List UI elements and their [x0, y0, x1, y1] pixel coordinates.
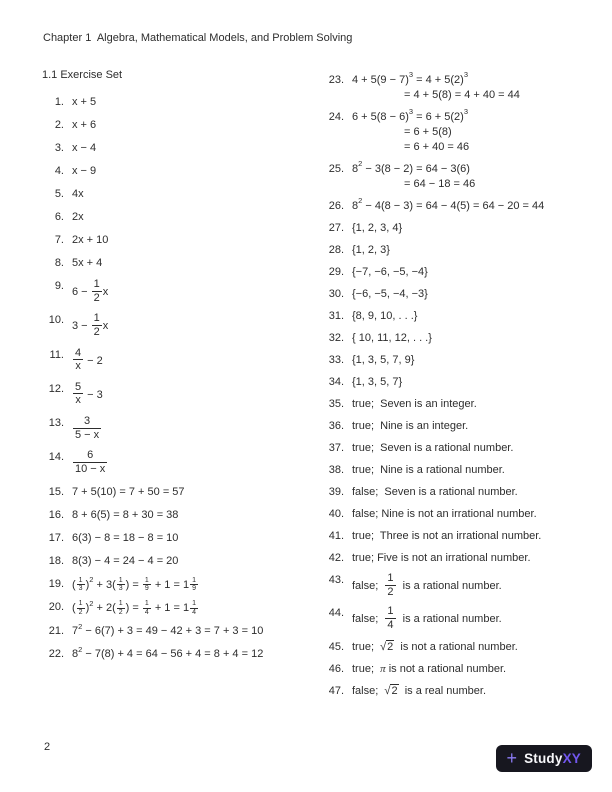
numerator: 3: [73, 415, 101, 429]
exercise-item: 15.7 + 5(10) = 7 + 50 = 57: [42, 485, 310, 500]
math-text: x − 9: [72, 165, 96, 177]
math-text: 3 −: [72, 320, 91, 332]
item-number: 22.: [42, 647, 64, 662]
math-line-continuation: = 6 + 40 = 46: [352, 140, 469, 155]
page-number: 2: [44, 741, 50, 753]
exercise-item: 2.x + 6: [42, 118, 310, 133]
item-content: 7 + 5(10) = 7 + 50 = 57: [72, 485, 185, 500]
item-number: 28.: [322, 243, 344, 258]
item-number: 18.: [42, 554, 64, 569]
exercise-item: 47.false; √2 is a real number.: [322, 684, 602, 699]
math-line: false; √2 is a real number.: [352, 684, 486, 699]
fraction: 13: [77, 577, 85, 593]
item-number: 32.: [322, 331, 344, 346]
exercise-item: 6.2x: [42, 210, 310, 225]
math-text: is a rational number.: [397, 580, 502, 592]
item-number: 7.: [42, 233, 64, 248]
item-number: 21.: [42, 624, 64, 639]
item-content: false; 12 is a rational number.: [352, 573, 502, 599]
math-text: = 4 + 5(8) = 4 + 40 = 44: [404, 89, 520, 101]
item-content: 6 + 5(8 − 6)3 = 6 + 5(2)3= 6 + 5(8)= 6 +…: [352, 110, 469, 155]
exercise-item: 44.false; 14 is a rational number.: [322, 606, 602, 632]
math-text: {1, 2, 3, 4}: [352, 222, 402, 234]
denominator: 4: [143, 609, 151, 616]
item-content: {8, 9, 10, . . .}: [352, 309, 417, 324]
math-line: false; 12 is a rational number.: [352, 573, 502, 599]
denominator: 2: [92, 292, 102, 305]
item-content: true; Nine is an integer.: [352, 419, 468, 434]
math-line: x − 9: [72, 164, 96, 179]
math-text: − 6(7) + 3 = 49 − 42 + 3 = 7 + 3 = 10: [82, 625, 263, 637]
math-line: true; Seven is a rational number.: [352, 441, 513, 456]
math-text: ) =: [126, 602, 142, 614]
numerator: 1: [385, 605, 395, 619]
math-line: 8 + 6(5) = 8 + 30 = 38: [72, 508, 178, 523]
exponent: 3: [464, 107, 468, 116]
item-number: 27.: [322, 221, 344, 236]
item-content: 82 − 7(8) + 4 = 64 − 56 + 4 = 8 + 4 = 12: [72, 647, 263, 662]
logo-text-study: Study: [524, 751, 563, 766]
exponent: 2: [89, 599, 93, 608]
math-text: is a real number.: [399, 685, 486, 697]
item-number: 26.: [322, 199, 344, 214]
item-content: true; Seven is a rational number.: [352, 441, 513, 456]
exercise-item: 35.true; Seven is an integer.: [322, 397, 602, 412]
math-line: 6(3) − 8 = 18 − 8 = 10: [72, 531, 178, 546]
math-line: {8, 9, 10, . . .}: [352, 309, 417, 324]
item-number: 19.: [42, 577, 64, 592]
math-text: { 10, 11, 12, . . .}: [352, 332, 432, 344]
numerator: 1: [92, 312, 102, 326]
exercise-item: 11.4x − 2: [42, 348, 310, 374]
exercise-item: 1.x + 5: [42, 95, 310, 110]
math-text: true; Nine is a rational number.: [352, 464, 505, 476]
math-line: 6 + 5(8 − 6)3 = 6 + 5(2)3: [352, 110, 469, 125]
math-line: x − 4: [72, 141, 96, 156]
math-text: false;: [352, 613, 384, 625]
exercise-item: 13.35 − x: [42, 416, 310, 442]
item-content: true; Three is not an irrational number.: [352, 529, 541, 544]
fraction: 4x: [73, 347, 83, 373]
fraction: 14: [143, 600, 151, 616]
item-content: {−7, −6, −5, −4}: [352, 265, 428, 280]
exponent: 2: [89, 575, 93, 584]
item-content: 610 − x: [72, 450, 108, 476]
math-text: true; Seven is a rational number.: [352, 442, 513, 454]
item-content: false; Seven is a rational number.: [352, 485, 518, 500]
item-number: 31.: [322, 309, 344, 324]
item-number: 43.: [322, 573, 344, 588]
item-content: 4x: [72, 187, 84, 202]
item-number: 42.: [322, 551, 344, 566]
denominator: 5 − x: [73, 429, 101, 442]
math-line: true; Three is not an irrational number.: [352, 529, 541, 544]
exercise-item: 3.x − 4: [42, 141, 310, 156]
radicand: 2: [390, 684, 398, 698]
item-content: true; π is not a rational number.: [352, 662, 506, 677]
math-line: false; Nine is not an irrational number.: [352, 507, 537, 522]
item-content: x − 4: [72, 141, 96, 156]
exponent: 2: [358, 196, 362, 205]
exponent: 2: [78, 645, 82, 654]
math-text: 8 + 6(5) = 8 + 30 = 38: [72, 509, 178, 521]
exercise-item: 21.72 − 6(7) + 3 = 49 − 42 + 3 = 7 + 3 =…: [42, 624, 310, 639]
exercise-item: 43.false; 12 is a rational number.: [322, 573, 602, 599]
exercise-item: 9.6 − 12x: [42, 279, 310, 305]
exercise-item: 39.false; Seven is a rational number.: [322, 485, 602, 500]
item-content: 2x: [72, 210, 84, 225]
math-line: 8(3) − 4 = 24 − 4 = 20: [72, 554, 178, 569]
numerator: 1: [77, 577, 85, 585]
math-line: true; Nine is an integer.: [352, 419, 468, 434]
exercise-item: 7.2x + 10: [42, 233, 310, 248]
exercise-item: 8.5x + 4: [42, 256, 310, 271]
sqrt-symbol: √2: [380, 641, 394, 653]
math-text: (: [72, 602, 76, 614]
item-content: {1, 3, 5, 7, 9}: [352, 353, 414, 368]
denominator: x: [73, 360, 83, 373]
item-number: 33.: [322, 353, 344, 368]
item-content: {1, 2, 3, 4}: [352, 221, 402, 236]
exercise-item: 23.4 + 5(9 − 7)3 = 4 + 5(2)3= 4 + 5(8) =…: [322, 73, 602, 103]
numerator: 4: [73, 347, 83, 361]
numerator: 1: [190, 577, 198, 585]
item-number: 6.: [42, 210, 64, 225]
math-line: 3 − 12x: [72, 313, 108, 339]
math-line: {−6, −5, −4, −3}: [352, 287, 428, 302]
math-line: 2x: [72, 210, 84, 225]
denominator: 4: [385, 619, 395, 632]
math-text: = 6 + 5(2): [413, 111, 464, 123]
exercise-item: 40.false; Nine is not an irrational numb…: [322, 507, 602, 522]
item-number: 36.: [322, 419, 344, 434]
item-number: 10.: [42, 313, 64, 328]
exercise-item: 19.(13)2 + 3(13) = 19 + 1 = 119: [42, 577, 310, 593]
item-number: 23.: [322, 73, 344, 88]
exercise-item: 20.(12)2 + 2(12) = 14 + 1 = 114: [42, 600, 310, 616]
item-number: 39.: [322, 485, 344, 500]
math-line: x + 6: [72, 118, 96, 133]
math-text: = 6 + 5(8): [404, 126, 452, 138]
exponent: 3: [409, 70, 413, 79]
math-line: 5x + 4: [72, 256, 102, 271]
item-content: 82 − 4(8 − 3) = 64 − 4(5) = 64 − 20 = 44: [352, 199, 544, 214]
math-text: is not a rational number.: [394, 641, 518, 653]
item-content: x − 9: [72, 164, 96, 179]
item-content: {1, 3, 5, 7}: [352, 375, 402, 390]
item-number: 25.: [322, 162, 344, 177]
item-content: true; Five is not an irrational number.: [352, 551, 531, 566]
exercise-item: 25.82 − 3(8 − 2) = 64 − 3(6)= 64 − 18 = …: [322, 162, 602, 192]
math-text: 6 −: [72, 286, 91, 298]
fraction: 19: [190, 577, 198, 593]
item-number: 14.: [42, 450, 64, 465]
math-text: true; Five is not an irrational number.: [352, 552, 531, 564]
math-text: x + 6: [72, 119, 96, 131]
math-text: true; Seven is an integer.: [352, 398, 477, 410]
item-content: 82 − 3(8 − 2) = 64 − 3(6)= 64 − 18 = 46: [352, 162, 475, 192]
item-content: 2x + 10: [72, 233, 108, 248]
math-text: + 1 = 1: [152, 578, 189, 590]
math-text: 4x: [72, 188, 84, 200]
item-content: (13)2 + 3(13) = 19 + 1 = 119: [72, 577, 199, 593]
studyxy-logo: + Study XY: [496, 745, 592, 772]
math-line: true; π is not a rational number.: [352, 662, 506, 677]
item-number: 38.: [322, 463, 344, 478]
fraction: 35 − x: [73, 415, 101, 441]
logo-text-xy: XY: [563, 751, 581, 766]
math-text: ) =: [126, 578, 142, 590]
math-text: is a rational number.: [397, 613, 502, 625]
item-content: 72 − 6(7) + 3 = 49 − 42 + 3 = 7 + 3 = 10: [72, 624, 263, 639]
math-line: 35 − x: [72, 416, 102, 442]
math-line: { 10, 11, 12, . . .}: [352, 331, 432, 346]
item-number: 9.: [42, 279, 64, 294]
math-text: false; Seven is a rational number.: [352, 486, 518, 498]
math-text: 5x + 4: [72, 257, 102, 269]
plus-icon: +: [507, 749, 518, 767]
math-text: 6 + 5(8 − 6): [352, 111, 409, 123]
math-text: − 3(8 − 2) = 64 − 3(6): [362, 163, 470, 175]
math-line: 6 − 12x: [72, 279, 108, 305]
exercise-item: 45.true; √2 is not a rational number.: [322, 640, 602, 655]
item-number: 34.: [322, 375, 344, 390]
item-number: 41.: [322, 529, 344, 544]
numerator: 1: [190, 600, 198, 608]
item-number: 40.: [322, 507, 344, 522]
math-line: 82 − 4(8 − 3) = 64 − 4(5) = 64 − 20 = 44: [352, 199, 544, 214]
denominator: 3: [117, 585, 125, 592]
math-text: false;: [352, 580, 384, 592]
fraction: 12: [92, 312, 102, 338]
math-line: x + 5: [72, 95, 96, 110]
exercise-item: 31.{8, 9, 10, . . .}: [322, 309, 602, 324]
item-number: 16.: [42, 508, 64, 523]
math-line: true; √2 is not a rational number.: [352, 640, 518, 655]
item-content: {1, 2, 3}: [352, 243, 390, 258]
math-text: + 3(: [93, 578, 115, 590]
denominator: 10 − x: [73, 463, 107, 476]
exercise-item: 37.true; Seven is a rational number.: [322, 441, 602, 456]
item-content: 8 + 6(5) = 8 + 30 = 38: [72, 508, 178, 523]
math-line: 610 − x: [72, 450, 108, 476]
math-text: {1, 3, 5, 7, 9}: [352, 354, 414, 366]
exponent: 3: [409, 107, 413, 116]
fraction: 12: [385, 572, 395, 598]
fraction: 12: [77, 600, 85, 616]
math-line-continuation: = 4 + 5(8) = 4 + 40 = 44: [352, 88, 520, 103]
math-line: true; Five is not an irrational number.: [352, 551, 531, 566]
denominator: 3: [77, 585, 85, 592]
item-content: (12)2 + 2(12) = 14 + 1 = 114: [72, 600, 199, 616]
item-number: 17.: [42, 531, 64, 546]
math-text: 2x: [72, 211, 84, 223]
math-text: = 4 + 5(2): [413, 74, 464, 86]
item-content: false; 14 is a rational number.: [352, 606, 502, 632]
math-text: − 7(8) + 4 = 64 − 56 + 4 = 8 + 4 = 12: [82, 648, 263, 660]
math-text: false; Nine is not an irrational number.: [352, 508, 537, 520]
item-content: false; Nine is not an irrational number.: [352, 507, 537, 522]
math-text: 2x + 10: [72, 234, 108, 246]
exercise-item: 34.{1, 3, 5, 7}: [322, 375, 602, 390]
math-line: 4 + 5(9 − 7)3 = 4 + 5(2)3: [352, 73, 520, 88]
exercise-item: 14.610 − x: [42, 450, 310, 476]
fraction: 14: [190, 600, 198, 616]
exercise-item: 10.3 − 12x: [42, 313, 310, 339]
item-number: 8.: [42, 256, 64, 271]
math-line: false; 14 is a rational number.: [352, 606, 502, 632]
math-line: 82 − 7(8) + 4 = 64 − 56 + 4 = 8 + 4 = 12: [72, 647, 263, 662]
math-line: {−7, −6, −5, −4}: [352, 265, 428, 280]
math-text: − 4(8 − 3) = 64 − 4(5) = 64 − 20 = 44: [362, 200, 544, 212]
denominator: 2: [92, 326, 102, 339]
right-column: 23.4 + 5(9 − 7)3 = 4 + 5(2)3= 4 + 5(8) =…: [322, 73, 602, 706]
exercise-item: 22.82 − 7(8) + 4 = 64 − 56 + 4 = 8 + 4 =…: [42, 647, 310, 662]
exercise-item: 28.{1, 2, 3}: [322, 243, 602, 258]
exercise-item: 30.{−6, −5, −4, −3}: [322, 287, 602, 302]
math-line: 4x: [72, 187, 84, 202]
exponent: 3: [464, 70, 468, 79]
item-number: 46.: [322, 662, 344, 677]
math-line: {1, 2, 3, 4}: [352, 221, 402, 236]
item-content: true; √2 is not a rational number.: [352, 640, 518, 655]
math-line: {1, 3, 5, 7}: [352, 375, 402, 390]
math-text: true;: [352, 641, 380, 653]
item-number: 15.: [42, 485, 64, 500]
item-number: 12.: [42, 382, 64, 397]
math-line: true; Nine is a rational number.: [352, 463, 505, 478]
item-number: 5.: [42, 187, 64, 202]
item-content: x + 5: [72, 95, 96, 110]
exercise-item: 4.x − 9: [42, 164, 310, 179]
numerator: 1: [143, 577, 151, 585]
math-text: {1, 3, 5, 7}: [352, 376, 402, 388]
item-number: 1.: [42, 95, 64, 110]
left-column: 1.1 Exercise Set 1.x + 52.x + 63.x − 44.…: [42, 69, 310, 670]
math-text: {−7, −6, −5, −4}: [352, 266, 428, 278]
math-text: {−6, −5, −4, −3}: [352, 288, 428, 300]
exercise-item: 46.true; π is not a rational number.: [322, 662, 602, 677]
exercise-item: 24.6 + 5(8 − 6)3 = 6 + 5(2)3= 6 + 5(8)= …: [322, 110, 602, 155]
math-text: true; Three is not an irrational number.: [352, 530, 541, 542]
math-text: (: [72, 578, 76, 590]
chapter-title: Chapter 1 Algebra, Mathematical Models, …: [43, 32, 352, 44]
item-content: 8(3) − 4 = 24 − 4 = 20: [72, 554, 178, 569]
fraction: 12: [92, 278, 102, 304]
item-content: 4x − 2: [72, 348, 103, 374]
numerator: 1: [92, 278, 102, 292]
item-content: 6 − 12x: [72, 279, 108, 305]
math-text: true; Nine is an integer.: [352, 420, 468, 432]
math-text: true;: [352, 663, 380, 675]
math-text: 6(3) − 8 = 18 − 8 = 10: [72, 532, 178, 544]
math-text: 8(3) − 4 = 24 − 4 = 20: [72, 555, 178, 567]
exercise-item: 32.{ 10, 11, 12, . . .}: [322, 331, 602, 346]
math-text: − 3: [84, 389, 103, 401]
item-content: 4 + 5(9 − 7)3 = 4 + 5(2)3= 4 + 5(8) = 4 …: [352, 73, 520, 103]
fraction: 19: [143, 577, 151, 593]
sqrt-symbol: √2: [384, 685, 398, 697]
math-text: x: [103, 286, 109, 298]
math-line: (12)2 + 2(12) = 14 + 1 = 114: [72, 600, 199, 616]
exercise-item: 16.8 + 6(5) = 8 + 30 = 38: [42, 508, 310, 523]
exercise-item: 42.true; Five is not an irrational numbe…: [322, 551, 602, 566]
math-line: (13)2 + 3(13) = 19 + 1 = 119: [72, 577, 199, 593]
item-content: { 10, 11, 12, . . .}: [352, 331, 432, 346]
item-content: false; √2 is a real number.: [352, 684, 486, 699]
math-text: − 2: [84, 355, 103, 367]
exercise-item: 33.{1, 3, 5, 7, 9}: [322, 353, 602, 368]
numerator: 1: [117, 577, 125, 585]
numerator: 6: [73, 449, 107, 463]
math-text: = 6 + 40 = 46: [404, 141, 469, 153]
item-number: 45.: [322, 640, 344, 655]
exercise-item: 36.true; Nine is an integer.: [322, 419, 602, 434]
item-number: 29.: [322, 265, 344, 280]
math-text: x: [103, 320, 109, 332]
exercise-item: 29.{−7, −6, −5, −4}: [322, 265, 602, 280]
exercise-item: 38.true; Nine is a rational number.: [322, 463, 602, 478]
exponent: 2: [358, 159, 362, 168]
exercise-item: 17.6(3) − 8 = 18 − 8 = 10: [42, 531, 310, 546]
denominator: 9: [190, 585, 198, 592]
denominator: 4: [190, 609, 198, 616]
denominator: 2: [385, 586, 395, 599]
math-line: 82 − 3(8 − 2) = 64 − 3(6): [352, 162, 475, 177]
math-line: false; Seven is a rational number.: [352, 485, 518, 500]
item-number: 3.: [42, 141, 64, 156]
item-number: 13.: [42, 416, 64, 431]
math-text: false;: [352, 685, 384, 697]
exercise-item: 18.8(3) − 4 = 24 − 4 = 20: [42, 554, 310, 569]
exercise-item: 5.4x: [42, 187, 310, 202]
math-line-continuation: = 6 + 5(8): [352, 125, 469, 140]
numerator: 1: [385, 572, 395, 586]
exercise-item: 12.5x − 3: [42, 382, 310, 408]
item-number: 20.: [42, 600, 64, 615]
exercise-item: 26.82 − 4(8 − 3) = 64 − 4(5) = 64 − 20 =…: [322, 199, 602, 214]
item-number: 11.: [42, 348, 64, 363]
math-text: is not a rational number.: [386, 663, 506, 675]
math-line: {1, 3, 5, 7, 9}: [352, 353, 414, 368]
math-line: 72 − 6(7) + 3 = 49 − 42 + 3 = 7 + 3 = 10: [72, 624, 263, 639]
numerator: 1: [117, 600, 125, 608]
math-line: 2x + 10: [72, 233, 108, 248]
exercise-list-left: 1.x + 52.x + 63.x − 44.x − 95.4x6.2x7.2x…: [42, 95, 310, 662]
exercise-item: 27.{1, 2, 3, 4}: [322, 221, 602, 236]
math-text: {8, 9, 10, . . .}: [352, 310, 417, 322]
denominator: x: [73, 394, 83, 407]
math-line-continuation: = 64 − 18 = 46: [352, 177, 475, 192]
item-number: 37.: [322, 441, 344, 456]
math-text: x − 4: [72, 142, 96, 154]
item-number: 47.: [322, 684, 344, 699]
item-content: 35 − x: [72, 416, 102, 442]
document-page: Chapter 1 Algebra, Mathematical Models, …: [0, 0, 612, 792]
math-text: 7 + 5(10) = 7 + 50 = 57: [72, 486, 185, 498]
exercise-list-right: 23.4 + 5(9 − 7)3 = 4 + 5(2)3= 4 + 5(8) =…: [322, 73, 602, 699]
math-line: {1, 2, 3}: [352, 243, 390, 258]
item-content: 3 − 12x: [72, 313, 108, 339]
math-line: 4x − 2: [72, 348, 103, 374]
math-text: + 1 = 1: [152, 602, 189, 614]
numerator: 1: [77, 600, 85, 608]
denominator: 9: [143, 585, 151, 592]
fraction: 12: [117, 600, 125, 616]
exercise-item: 41.true; Three is not an irrational numb…: [322, 529, 602, 544]
section-title: 1.1 Exercise Set: [42, 69, 310, 81]
math-line: 5x − 3: [72, 382, 103, 408]
